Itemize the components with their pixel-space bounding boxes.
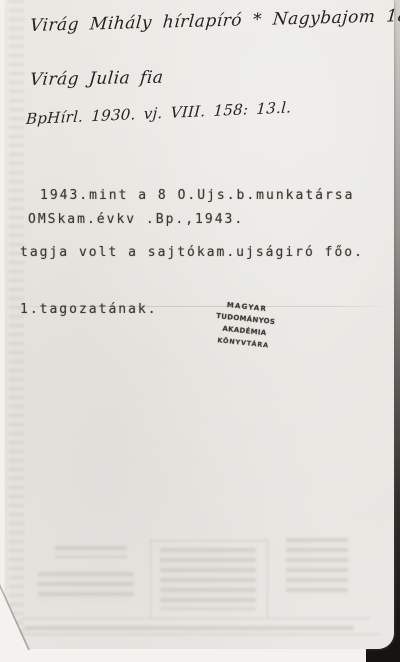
bleed-through-smudge: [24, 626, 354, 635]
bleed-through-rule: [150, 540, 268, 541]
scanned-catalog-card: Virág Mihály hírlapíró * Nagybajom 1888.…: [0, 0, 400, 662]
bleed-through-smudge: [38, 572, 134, 602]
scan-background-bottom: [0, 649, 366, 662]
bleed-through-rule: [267, 540, 268, 618]
typewritten-line-3: 1.tagozatának.: [20, 300, 364, 319]
bleed-through-rule: [150, 540, 151, 618]
bleed-through-rule: [20, 618, 370, 619]
handwritten-relation-line: Virág Julia fia: [29, 68, 164, 90]
bleed-through-smudge: [286, 538, 348, 596]
typewritten-line-1: 1943.mint a 8 O.Ujs.b.munkatársa: [20, 186, 364, 205]
bleed-through-smudge: [55, 546, 127, 558]
bleed-through-smudge: [160, 548, 256, 610]
typewritten-source-line: OMSkam.évkv .Bp.,1943.: [28, 212, 244, 227]
typewritten-line-2: tagja volt a sajtókam.ujságiró főo.: [20, 243, 364, 262]
